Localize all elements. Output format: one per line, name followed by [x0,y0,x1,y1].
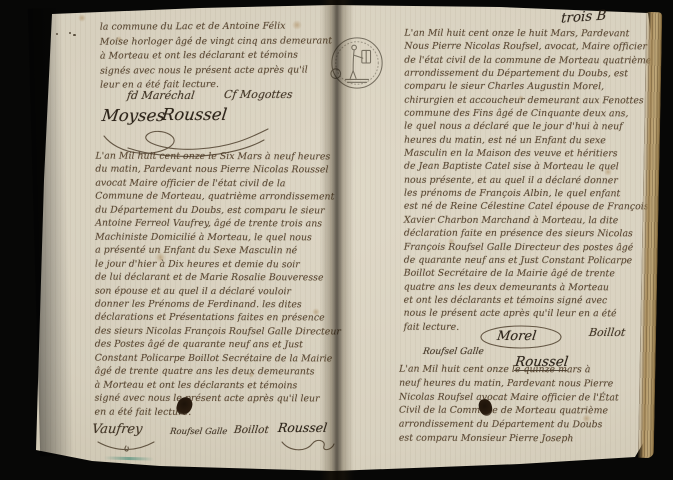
signature-roussel: Roussel [277,420,328,435]
signature-roufsel-galle: Roufsel Galle [169,427,228,437]
manuscript-line: de Jean Baptiste Catel sise à Morteau le… [404,160,651,174]
manuscript-line: des sieurs Nicolas François Roufsel Gall… [95,324,341,338]
manuscript-line: du Département du Doubs, est comparu le … [95,203,341,217]
manuscript-line: Xavier Charbon Marchand à Morteau, la di… [404,213,651,227]
manuscript-line: le jour d'hier à Dix heures et demie du … [95,257,341,271]
manuscript-line: L'an Mil huit cent onze le Six Mars à ne… [95,150,341,164]
manuscript-line: Antoine Ferreol Vaufrey, âgé de trente t… [95,217,341,231]
signature-roussel-main: Roussel [161,105,228,124]
manuscript-line: Nicolas Roufsel avocat Maire officier de… [399,390,619,405]
manuscript-line: Constant Policarpe Boillot Secrétaire de… [95,351,341,365]
manuscript-line: quatre ans les deux demeurants à Morteau [404,280,651,294]
pen-marks [56,31,78,37]
manuscript-line: âgé de trente quatre ans les deux demeur… [95,365,341,379]
manuscript-line: neuf heures du matin, Pardevant nous Pie… [399,376,619,391]
manuscript-line: signé avec nous le présent acte après qu… [95,392,341,406]
manuscript-line: signés avec nous le présent acte après q… [100,63,332,79]
manuscript-line: de quarante neuf ans et Just Constant Po… [404,254,651,268]
signature-boillot: Boillot [233,424,269,436]
manuscript-line: déclaration faite en présence des sieurs… [404,227,651,241]
manuscript-line: heures du matin, est né un Enfant du sex… [404,133,651,147]
round-figure-stamp-icon [328,34,386,92]
manuscript-line: Moise horloger âgé de vingt cinq ans dem… [100,34,332,50]
manuscript-line: Commune de Morteau, quatrième arrondisse… [95,190,341,204]
witness-signature-marechal: fd Maréchal [126,89,195,102]
manuscript-line: donner les Prénoms de Ferdinand. les dit… [95,298,341,312]
birth-act-francois-albin-text: L'an Mil huit cent onze le huit Mars, Pa… [404,27,652,335]
manuscript-line: Boillot Secrétaire de la Mairie âgé de t… [404,267,651,281]
manuscript-line: et ont les déclarants et témoins signé a… [404,294,651,308]
manuscript-line: de lui déclarant et de Marie Rosalie Bou… [95,271,341,285]
manuscript-line: Masculin en la Maison des veuve et hérit… [404,147,651,161]
manuscript-line: L'an Mil huit cent onze le huit Mars, Pa… [404,27,651,41]
manuscript-line: déclarations et Présentations faites en … [95,311,341,325]
folio-mark: trois B [561,7,607,26]
manuscript-line: de l'état civil de la commune de Morteau… [404,53,651,67]
manuscript-line: à Morteau et ont les déclarants et témoi… [95,378,341,392]
manuscript-line: Machiniste Domicilié à Morteau, le quel … [95,230,341,244]
manuscript-line: est comparu Monsieur Pierre Joseph [399,432,619,447]
birth-act-ferdinand-text: L'an Mil huit cent onze le Six Mars à ne… [95,150,342,420]
manuscript-line: nous le présent acte après qu'il leur en… [404,307,651,321]
manuscript-line: la commune du Lac et de Antoine Félix [100,19,332,35]
manuscript-line: des Postes âgé de quarante neuf ans et J… [95,338,341,352]
manuscript-line: François Roufsel Galle Directeur des pos… [404,240,651,254]
manuscript-line: Civil de la Commune de Morteau quatrième [399,404,619,419]
manuscript-line: commune des Fins âgé de Cinquante deux a… [404,107,651,121]
manuscript-line: a présenté un Enfant du Sexe Masculin né [95,244,341,258]
manuscript-line: nous présente, et au quel il a déclaré d… [404,173,651,187]
scanned-register-spread: la commune du Lac et de Antoine FélixMoi… [0,0,673,480]
manuscript-line: comparu le sieur Charles Augustin Morel, [404,80,651,94]
manuscript-line: à Morteau et ont les déclarant et témoin… [100,49,332,65]
signature-boillot-right: Boillot [588,326,626,339]
signature-oval-flourish [478,323,564,351]
signature-flourish [96,438,156,454]
manuscript-line: chirurgien et accoucheur demeurant aux F… [404,93,651,107]
signature-vaufrey: Vaufrey [91,422,143,437]
manuscript-line: du matin, Pardevant nous Pierre Nicolas … [95,163,341,177]
signature-roufsel-galle-right: Roufsel Galle [422,347,484,357]
manuscript-line: en a été fait lecture. [95,405,341,419]
manuscript-line: avocat Maire officier de l'état civil de… [95,176,341,190]
next-act-opening-text: L'an Mil huit cent onze le quinze mars à… [399,363,619,447]
manuscript-line: les prénoms de François Albin, le quel e… [404,187,651,201]
manuscript-line: le quel nous a déclaré que le jour d'hui… [404,120,651,134]
witness-signature-mogottes: Cf Mogottes [223,88,293,101]
prev-act-closing-text: la commune du Lac et de Antoine FélixMoi… [100,19,332,93]
manuscript-line: Nous Pierre Nicolas Roufsel, avocat, Mai… [404,40,651,54]
manuscript-line: arrondissement du Département du Doubs, … [404,67,651,81]
signature-moyses: Moyses [101,106,166,125]
manuscript-line: son épouse et au quel il a déclaré voulo… [95,284,341,298]
manuscript-line: arrondissement du Département du Doubs [399,418,619,433]
manuscript-line: L'an Mil huit cent onze le quinze mars à [399,363,619,378]
manuscript-line: est né de Reine Célestine Catel épouse d… [404,200,651,214]
signature-flourish [280,436,336,454]
